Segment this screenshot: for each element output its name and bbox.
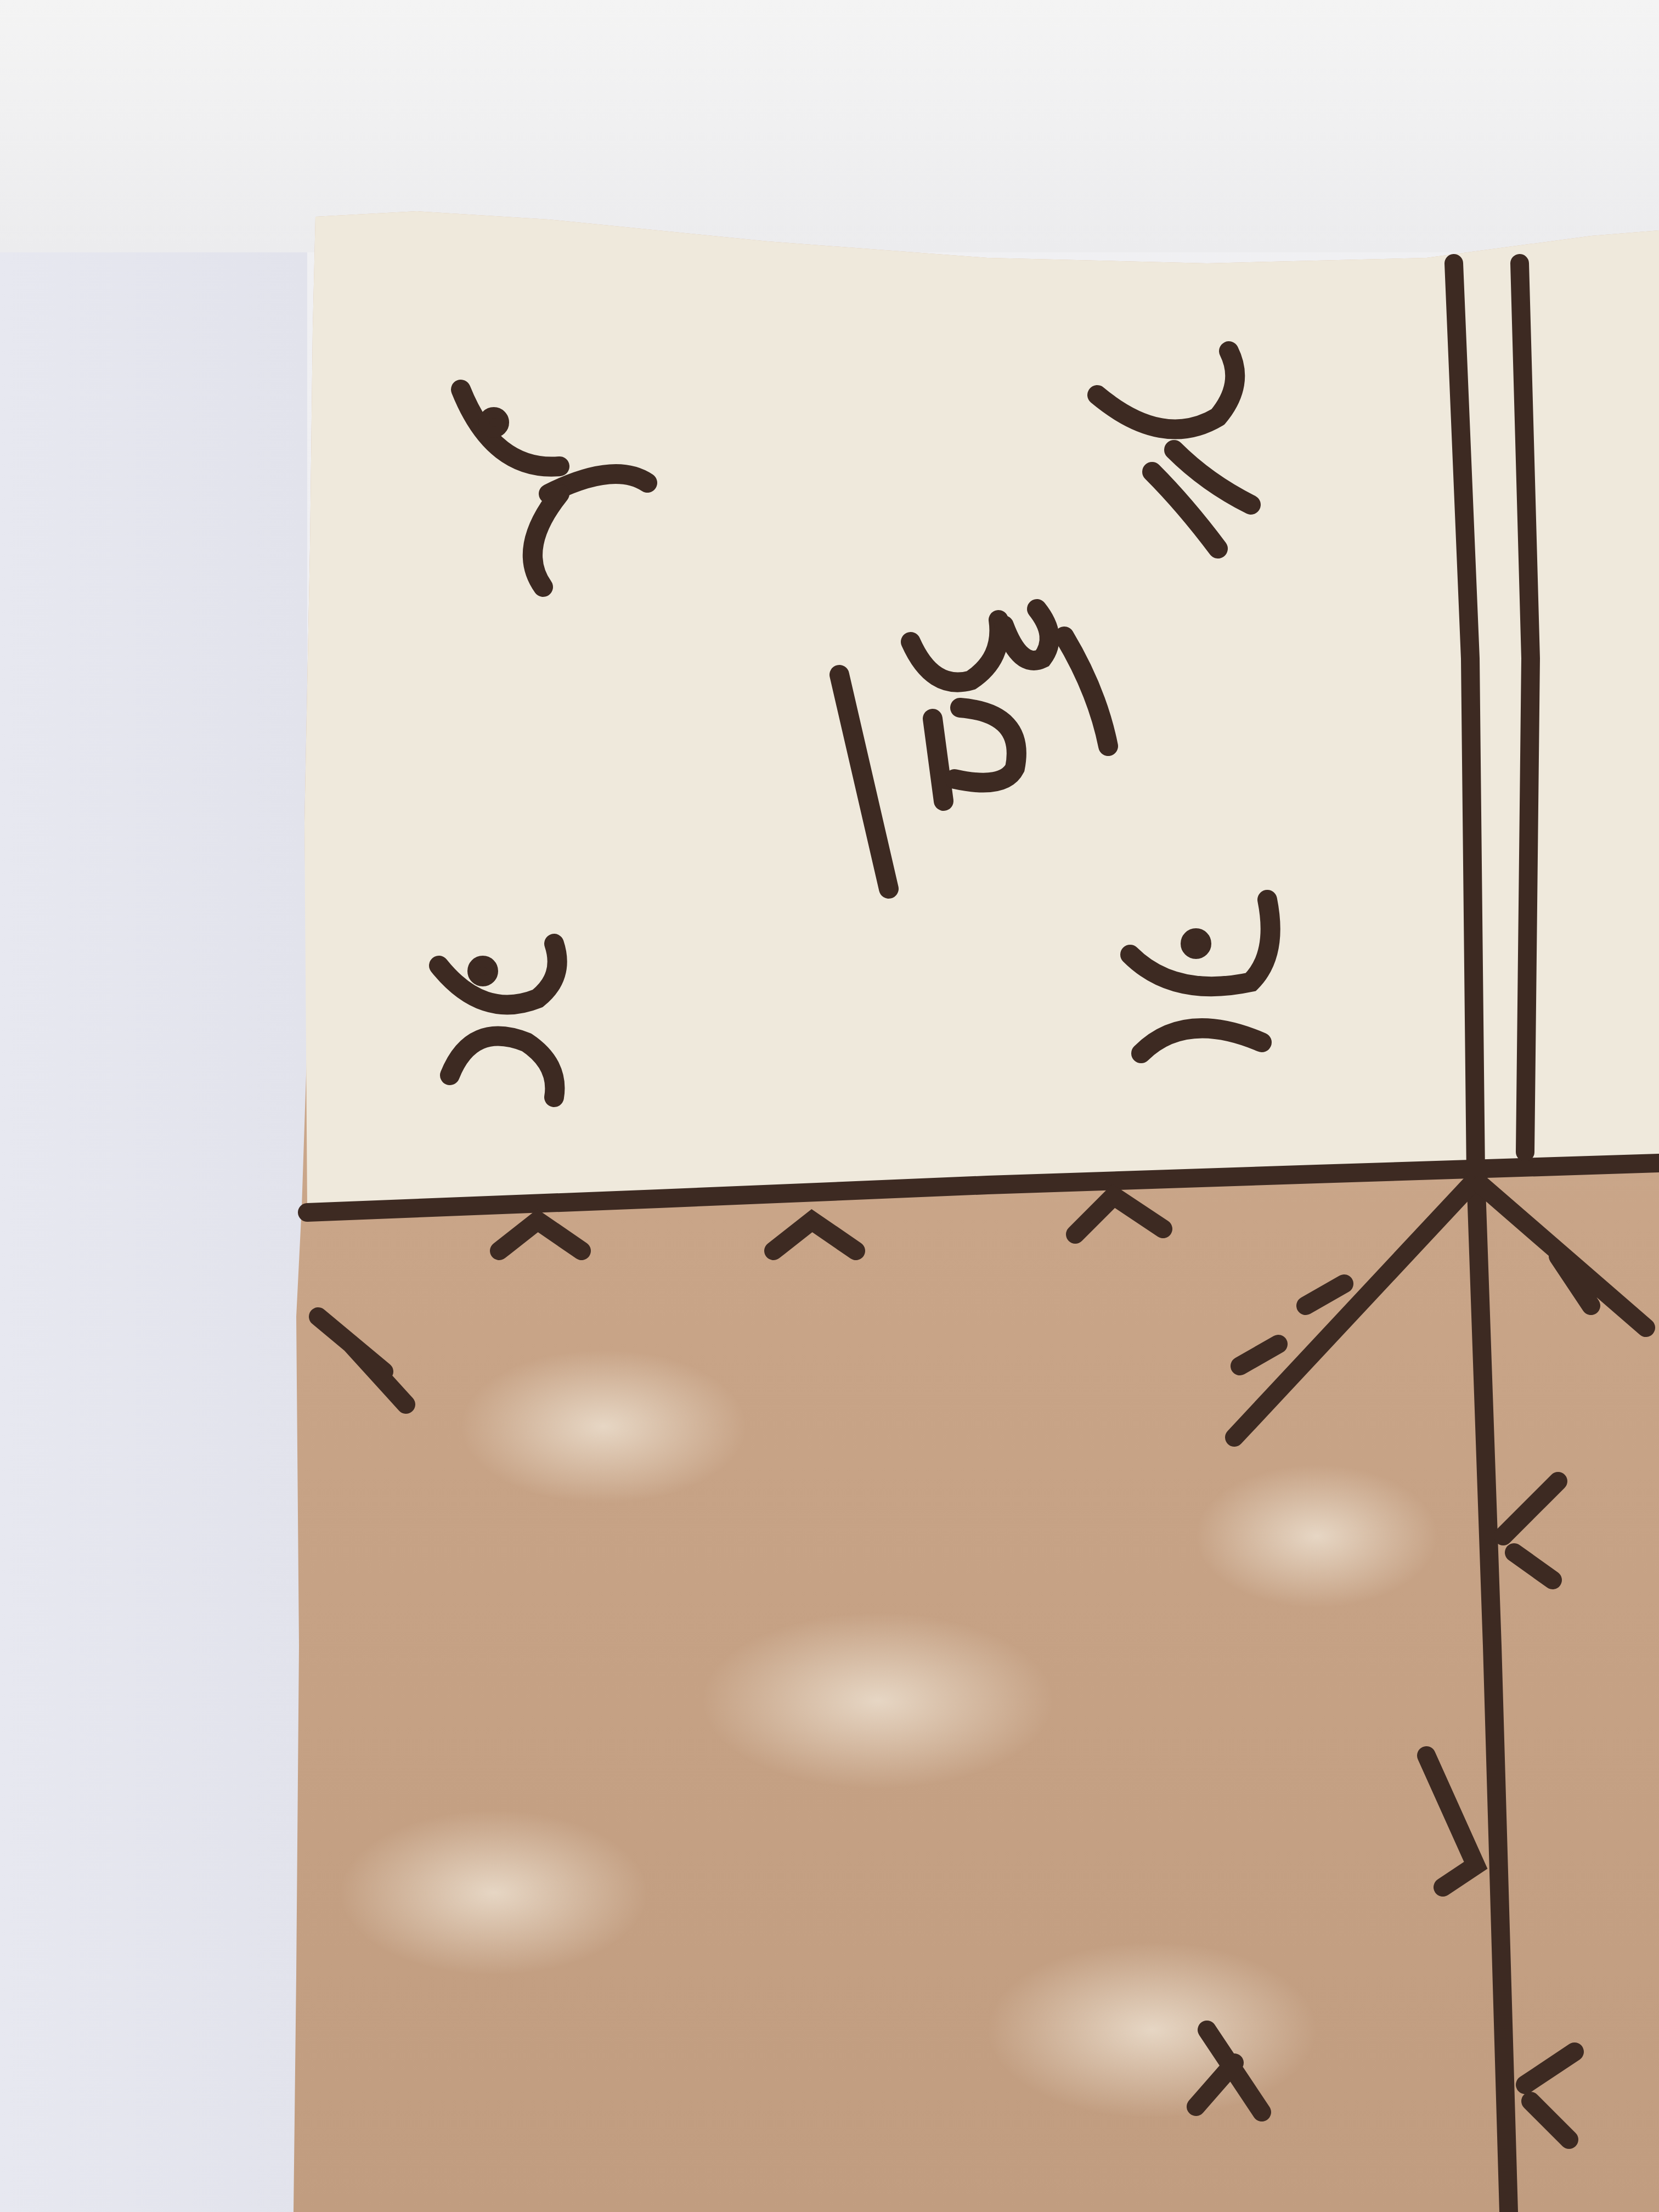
right-vertical-line-2 — [1520, 263, 1531, 1152]
tapa-cloth — [0, 0, 1659, 2212]
